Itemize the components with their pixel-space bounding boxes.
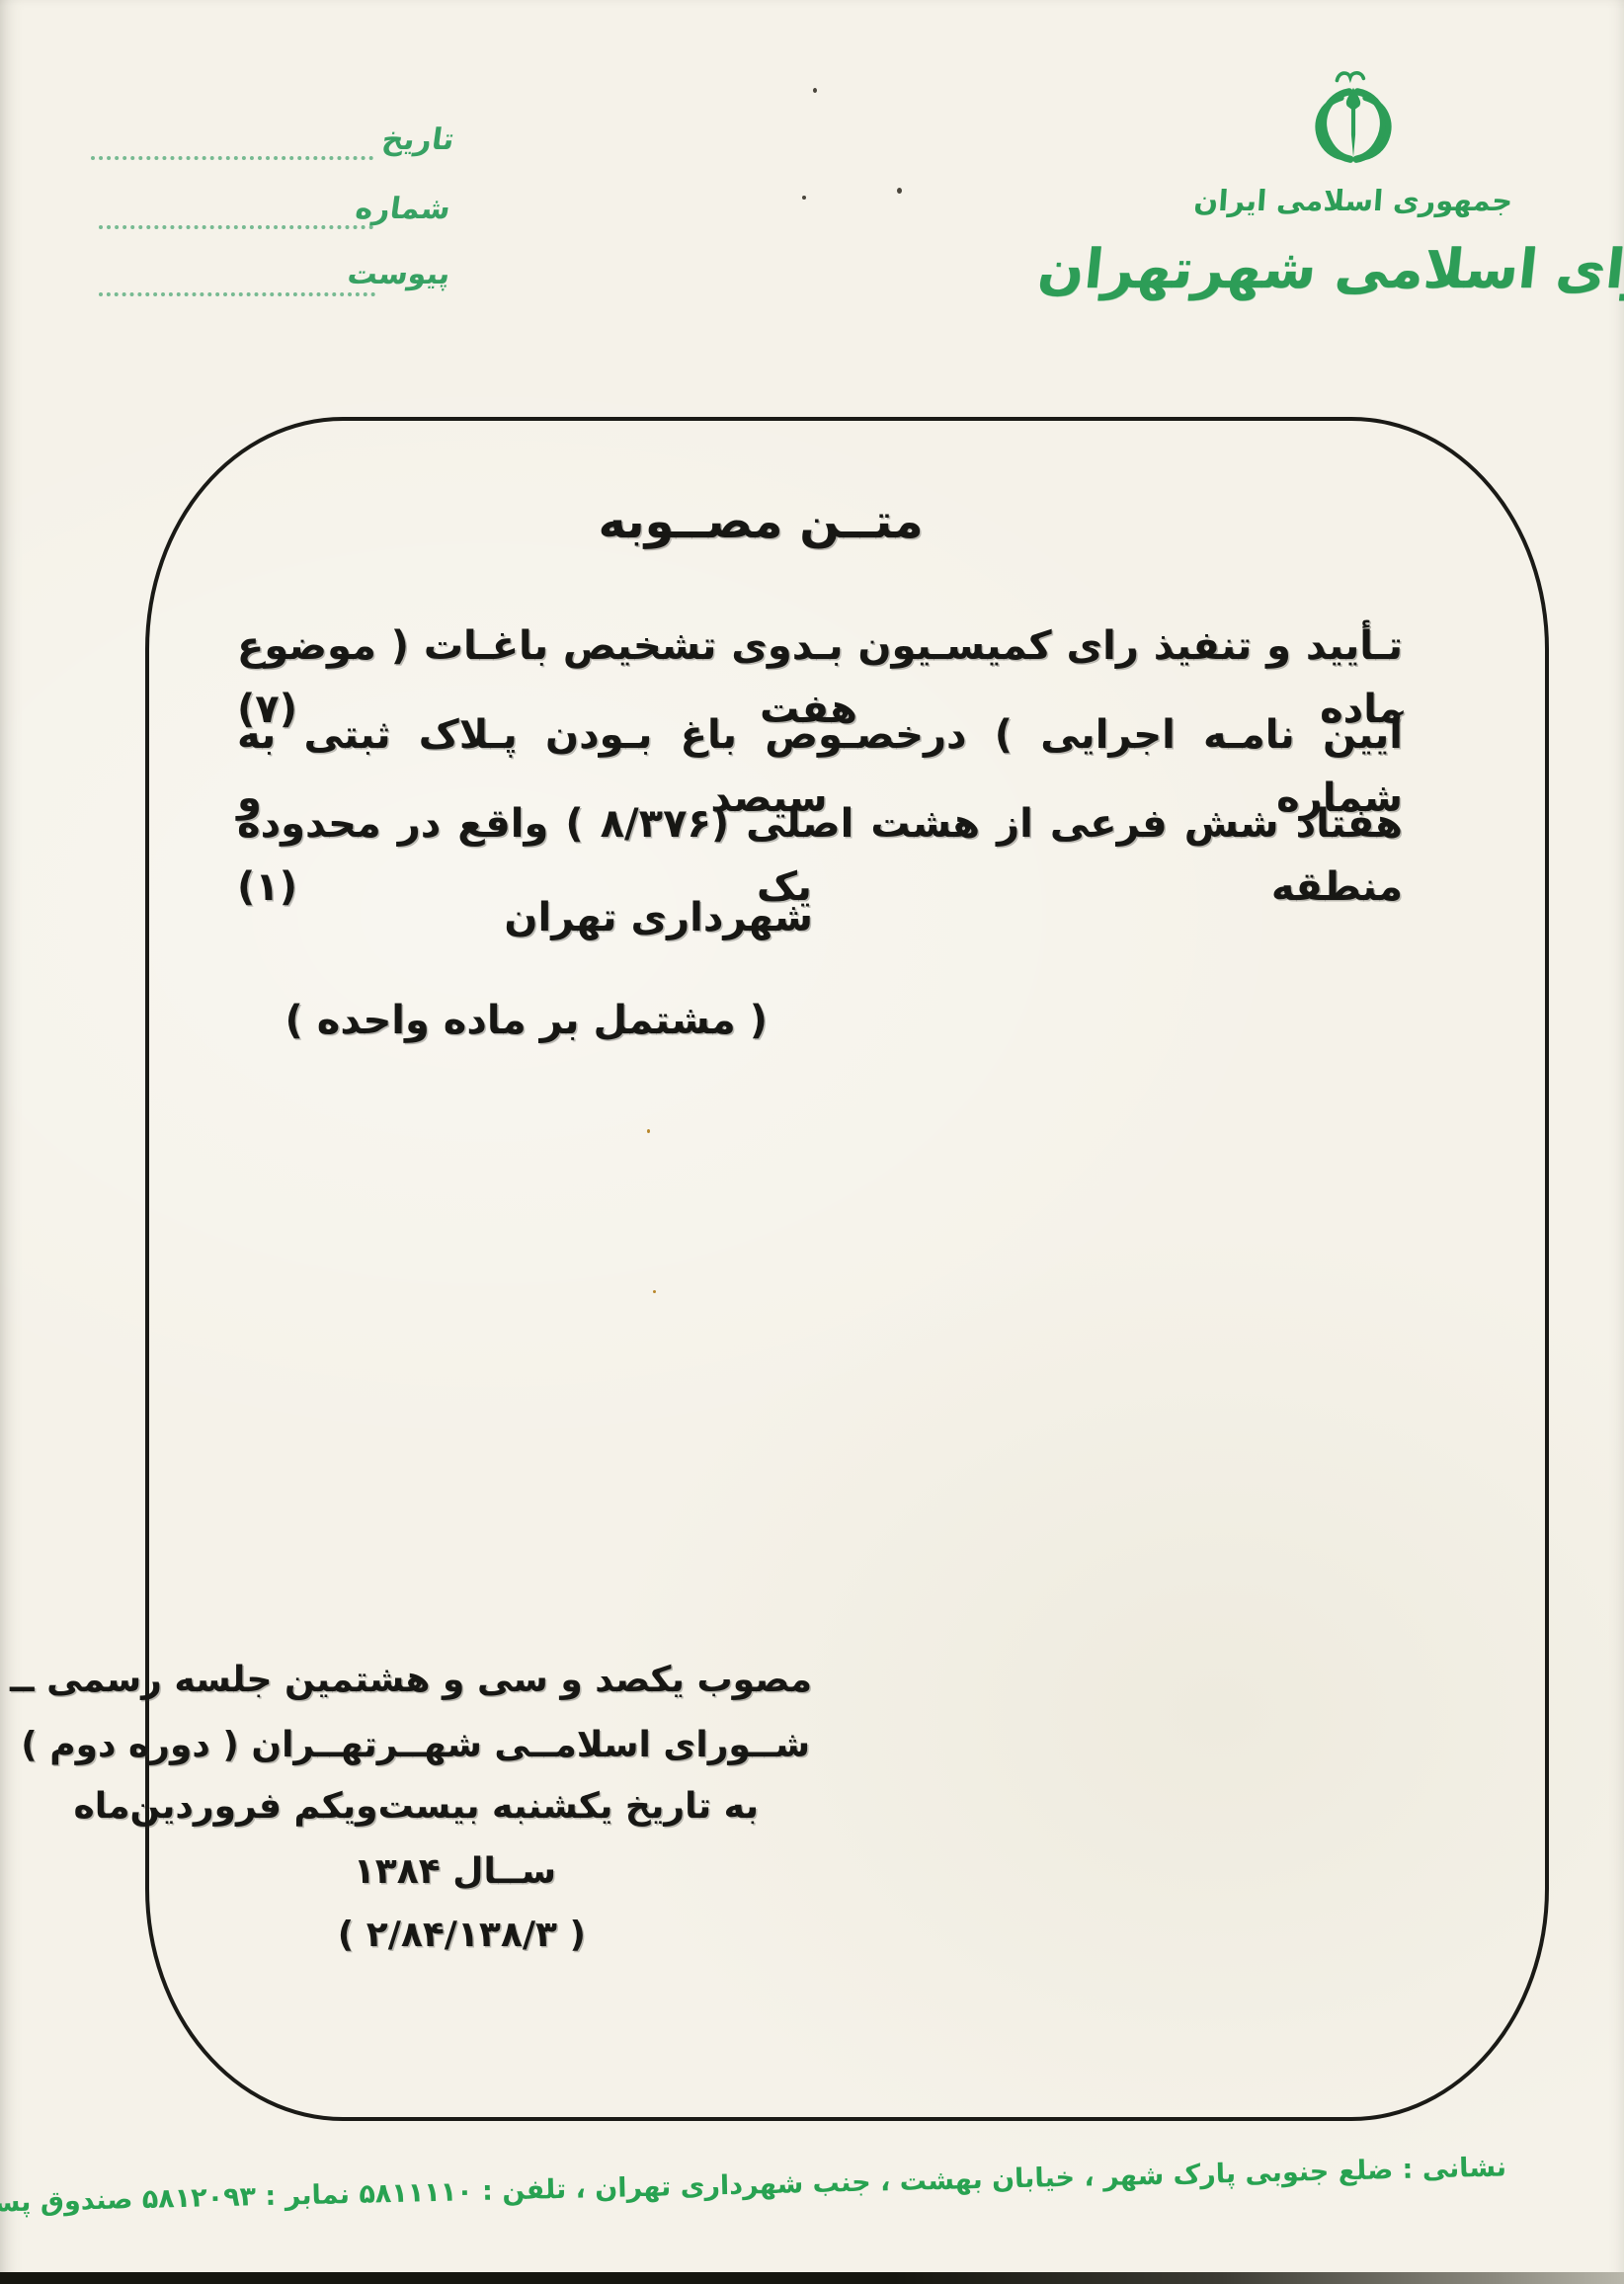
single-article-line: ( مشتمل بر ماده واحده ) <box>285 998 768 1043</box>
date-field-dotted-line <box>91 136 373 160</box>
number-field-dotted-line <box>99 205 373 229</box>
council-title: شورای اسلامی شهرتهران <box>1035 237 1624 300</box>
resolution-title: متــن مصــوبه <box>598 494 923 549</box>
attachment-field-dotted-line <box>99 273 375 296</box>
letterhead-page: جمهوری اسلامی ایران شورای اسلامی شهرتهرا… <box>0 0 1624 2284</box>
resolution-body-line-2: آیین نامـه اجرایی ) درخصـوص باغ بـودن پـ… <box>237 703 1403 767</box>
session-date-line: به تاریخ یکشنبه بیست‌ویکم فروردین‌ماه <box>73 1786 759 1827</box>
resolution-body-line-1: تـأیید و تنفیذ رای کمیسـیون بـدوی تشخیص … <box>237 614 1403 678</box>
session-approved-line: مصوب یکصد و سی و هشتمین جلسه رسمی ــ عــ… <box>0 1660 812 1700</box>
dust-speck <box>897 188 902 194</box>
session-year-line: ســال ۱۳۸۴ <box>354 1851 556 1892</box>
emblem-tashdid <box>1337 73 1363 81</box>
dust-speck <box>802 196 806 200</box>
dust-speck <box>647 1129 650 1133</box>
session-council-term-line: شــورای اسلامــی شهــرتهــران ( دوره دوم… <box>21 1725 810 1765</box>
iran-national-emblem-icon <box>1289 67 1418 182</box>
dust-speck <box>653 1290 656 1293</box>
session-reference-number: ( ۲/۸۴/۱۳۸/۳ ) <box>338 1915 586 1955</box>
date-field-label: تاریخ <box>380 122 457 157</box>
resolution-body-line-3: هفتاد شش فرعی از هشت اصلی (۸/۳۷۶ ) واقع … <box>237 792 1403 856</box>
footer-address: نشانی : ضلع جنوبی پارک شهر ، خیابان بهشت… <box>158 2152 1506 2214</box>
scan-edge-strip <box>0 2272 1624 2284</box>
municipality-line: شهرداری تهران <box>504 895 813 940</box>
emblem-sword <box>1346 88 1360 157</box>
dust-speck <box>813 88 817 93</box>
republic-title: جمهوری اسلامی ایران <box>1193 184 1514 217</box>
